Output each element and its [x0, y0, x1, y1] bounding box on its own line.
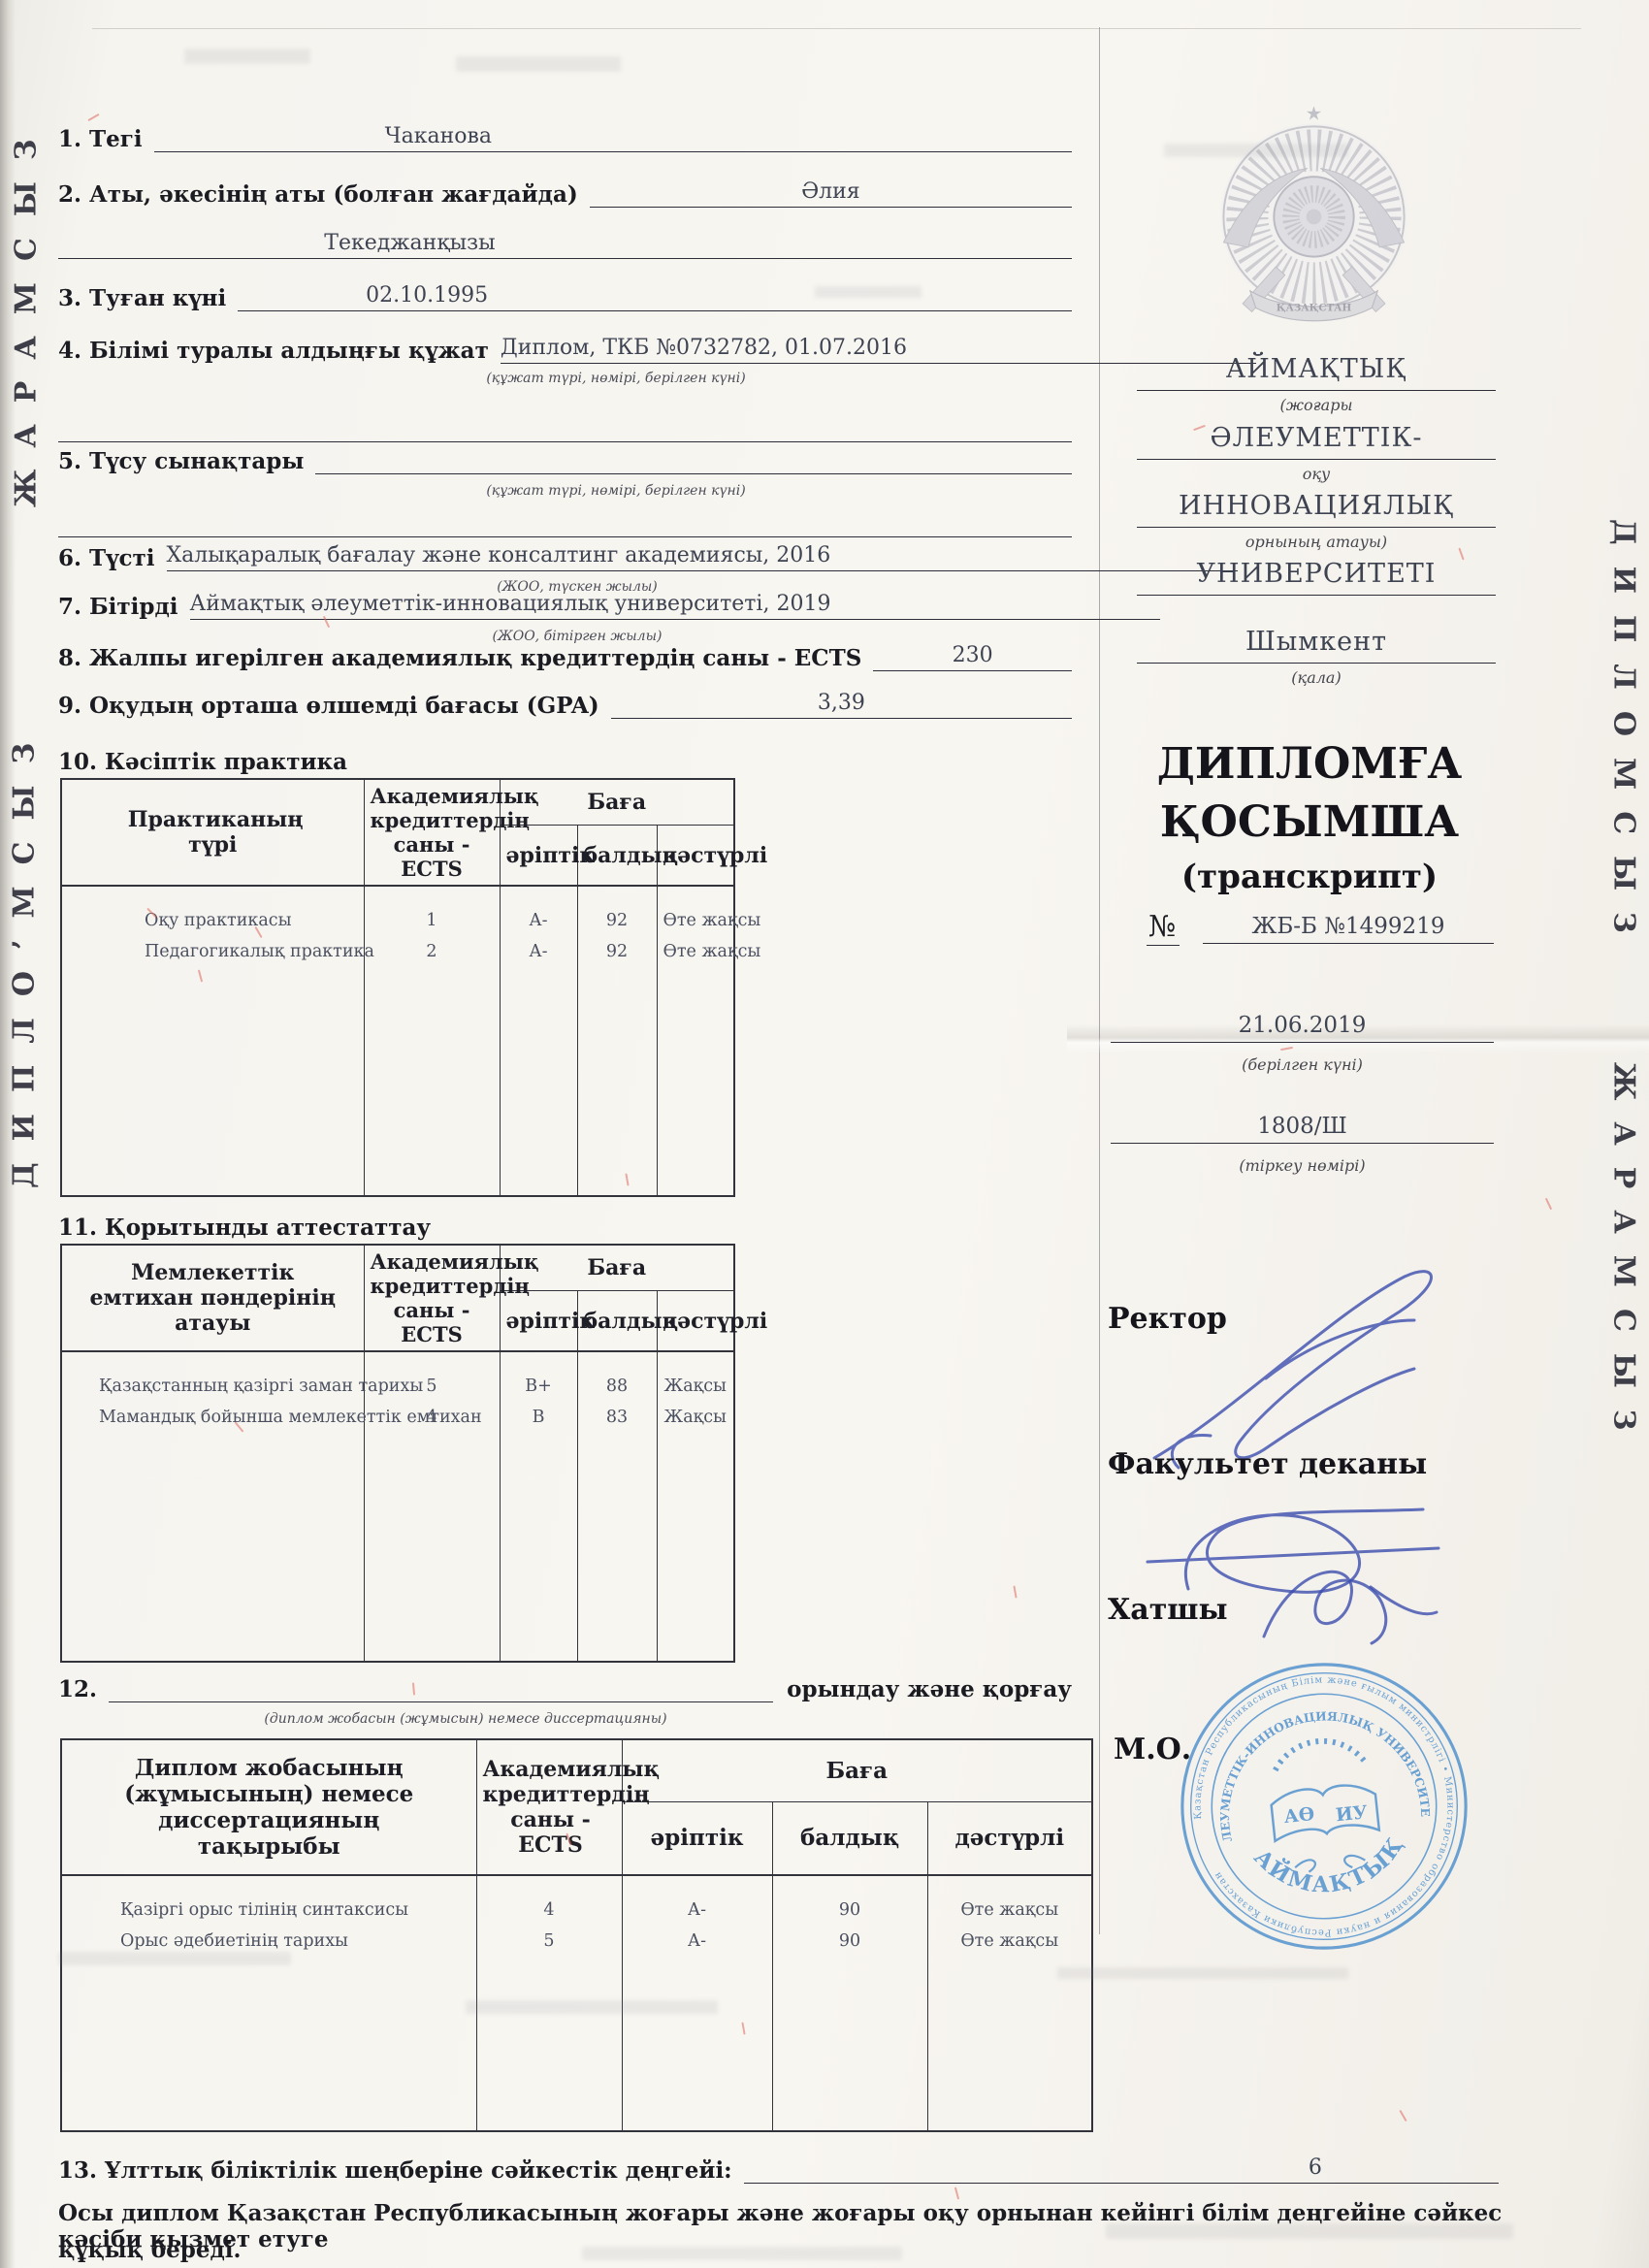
- section-10-heading: 10. Кәсіптік практика: [58, 749, 347, 775]
- bleed-ghost: [582, 2247, 902, 2260]
- table-cell: Өте жақсы: [934, 1895, 1086, 1927]
- stamp-bottom-text: АЙМАҚТЫҚ: [1247, 1830, 1414, 1906]
- field-surname-label: 1. Тегі: [58, 126, 154, 152]
- field-graduated-value: Аймақтық әлеуметтік-инновациялық универс…: [190, 592, 1161, 620]
- table-cell: Өте жақсы: [934, 1927, 1086, 1958]
- column-divider-line: [1099, 27, 1100, 1934]
- bleed-ghost: [1057, 1967, 1348, 1979]
- bleed-ghost: [1164, 144, 1348, 157]
- field-entrance-exams-value: [315, 470, 1072, 474]
- grade-traditional-header: дәстүрлі: [927, 1801, 1092, 1875]
- table-cell: 90: [779, 1895, 921, 1927]
- attestation-credits: 5 4: [364, 1351, 500, 1662]
- table-cell: В+: [506, 1372, 571, 1403]
- attestation-points: 88 83: [577, 1351, 657, 1662]
- issue-date-hint: (берілген күні): [1111, 1055, 1494, 1074]
- field-entrance-exams: 5. Түсу сынақтары: [58, 448, 1072, 474]
- bleed-ghost: [1106, 2223, 1513, 2239]
- field-12-suffix: орындау және қорғау: [773, 1676, 1072, 1702]
- practice-points: 92 92: [577, 886, 657, 1196]
- field-ects-total-label: 8. Жалпы игерілген академиялық кредиттер…: [58, 645, 873, 671]
- field-given-name-label: 2. Аты, әкесінің аты (болған жағдайда): [58, 181, 590, 208]
- diploma-number-value: ЖБ-Б №1499219: [1203, 914, 1494, 944]
- bleed-through-table-top-line: [92, 28, 1581, 29]
- field-ects-total: 8. Жалпы игерілген академиялық кредиттер…: [58, 643, 1072, 671]
- field-surname: 1. Тегі Чаканова: [58, 124, 1072, 152]
- grade-points-header: балдық: [772, 1801, 927, 1875]
- grade-traditional-header: дәстүрлі: [657, 826, 734, 886]
- field-patronymic: Текеджанқызы: [58, 231, 1072, 259]
- field-nqf-level-label: 13. Ұлттық біліктілік шеңберіне сәйкесті…: [58, 2157, 744, 2184]
- stamp-abbr-right: ИУ: [1335, 1802, 1369, 1826]
- field-ects-total-value: 230: [873, 643, 1072, 671]
- table-cell: Өте жақсы: [663, 937, 728, 968]
- field-nqf-level-value: 6: [744, 2155, 1499, 2184]
- university-city-hint: (қала): [1137, 668, 1496, 687]
- section-11-heading: 11. Қорытынды аттестаттау: [58, 1215, 431, 1241]
- table-cell: Жақсы: [663, 1403, 728, 1434]
- registration-number-hint: (тіркеу нөмірі): [1111, 1156, 1494, 1175]
- university-name-line4: УНИВЕРСИТЕТІ: [1137, 559, 1496, 596]
- table-cell: Қазақстанның қазіргі заман тарихы: [99, 1372, 358, 1403]
- table-cell: А-: [629, 1927, 766, 1958]
- university-hint2: оқу: [1137, 465, 1496, 483]
- field-given-name-value: Әлия: [590, 179, 1072, 208]
- table-cell: Жақсы: [663, 1372, 728, 1403]
- credits-header: Академиялық кредиттердің саны - ECTS: [364, 1245, 500, 1351]
- bleed-ghost: [456, 56, 621, 72]
- paper-fiber: [1399, 2110, 1406, 2122]
- field-gpa-label: 9. Оқудың орташа өлшемді бағасы (GPA): [58, 693, 611, 719]
- table-cell: В: [506, 1403, 571, 1434]
- university-hint1: (жоғары: [1137, 396, 1496, 414]
- issue-date-value: 21.06.2019: [1111, 1013, 1494, 1043]
- field-previous-education-hint: (құжат түрі, нөмірі, берілген күні): [456, 371, 776, 386]
- thesis-names: Қазіргі орыс тілінің синтаксисы Орыс әде…: [61, 1875, 476, 2131]
- continuation-line: [58, 536, 1072, 537]
- field-gpa-value: 3,39: [611, 691, 1072, 719]
- university-name-line1: АЙМАҚТЫҚ: [1137, 354, 1496, 391]
- university-round-stamp: Қазақстан Республикасының Білім және ғыл…: [1177, 1659, 1471, 1954]
- attestation-letters: В+ В: [500, 1351, 577, 1662]
- grade-letter-header: әріптік: [500, 1291, 577, 1351]
- paper-fiber: [87, 113, 99, 121]
- field-thesis-defense: 12. орындау және қорғау: [58, 1676, 1072, 1702]
- field-admitted: 6. Түсті Халықаралық бағалау және консал…: [58, 543, 1072, 571]
- table-cell: 2: [371, 937, 494, 968]
- paper-fiber: [954, 2187, 959, 2199]
- thesis-points: 90 90: [772, 1875, 927, 2131]
- doc-title-line2: ҚОСЫМША: [1106, 797, 1513, 847]
- table-cell: 83: [584, 1403, 651, 1434]
- table-cell: 4: [483, 1895, 616, 1927]
- university-hint3: орнының атауы): [1137, 533, 1496, 551]
- svg-text:АЙМАҚТЫҚ: АЙМАҚТЫҚ: [1247, 1830, 1414, 1906]
- thesis-title-header: Диплом жобасының (жұмысының) немесе дисс…: [61, 1739, 476, 1875]
- credits-header: Академиялық кредиттердің саны - ECTS: [364, 779, 500, 886]
- grade-traditional-header: дәстүрлі: [657, 1291, 734, 1351]
- table-cell: 1: [371, 906, 494, 937]
- field-nqf-level: 13. Ұлттық біліктілік шеңберіне сәйкесті…: [58, 2155, 1499, 2184]
- registration-number-value: 1808/Ш: [1111, 1114, 1494, 1144]
- table-cell: А-: [506, 937, 571, 968]
- table-cell: 5: [483, 1927, 616, 1958]
- continuation-line: [58, 441, 1072, 442]
- field-previous-education: 4. Білімі туралы алдыңғы құжат Диплом, Т…: [58, 336, 1072, 364]
- practice-type-header: Практиканың түрі: [61, 779, 364, 886]
- bleed-ghost: [184, 49, 310, 64]
- bleed-ghost: [466, 2000, 718, 2014]
- bleed-ghost: [58, 1952, 291, 1965]
- field-admitted-value: Халықаралық бағалау және консалтинг акад…: [167, 543, 1239, 571]
- field-12-line: [109, 1699, 773, 1702]
- table-cell: 88: [584, 1372, 651, 1403]
- practice-names: Оқу практикасы Педагогикалық практика: [61, 886, 364, 1196]
- table-cell: А-: [629, 1895, 766, 1927]
- doc-title-line3: (транскрипт): [1106, 858, 1513, 896]
- field-given-name: 2. Аты, әкесінің аты (болған жағдайда) Ә…: [58, 179, 1072, 208]
- secretary-label: Хатшы: [1108, 1593, 1228, 1627]
- field-admitted-label: 6. Түсті: [58, 545, 167, 571]
- emblem-star-icon: ★: [1306, 102, 1323, 124]
- table-cell: 92: [584, 937, 651, 968]
- paper-fiber: [1013, 1585, 1017, 1598]
- grade-header: Баға: [622, 1739, 1092, 1801]
- grade-letter-header: әріптік: [622, 1801, 772, 1875]
- university-name-line2: ӘЛЕУМЕТТІК-: [1137, 423, 1496, 460]
- professional-practice-table: Практиканың түрі Академиялық кредиттерді…: [60, 778, 735, 1197]
- stamp-abbr-left: АӨ: [1283, 1804, 1315, 1828]
- thesis-table: Диплом жобасының (жұмысының) немесе дисс…: [60, 1738, 1093, 2132]
- final-attestation-table: Мемлекеттік емтихан пәндерінің атауы Ака…: [60, 1244, 735, 1663]
- state-exam-header: Мемлекеттік емтихан пәндерінің атауы: [61, 1245, 364, 1351]
- table-cell: Оқу практикасы: [145, 906, 358, 937]
- field-patronymic-value: Текеджанқызы: [58, 231, 1072, 259]
- paper-fiber: [1545, 1198, 1552, 1211]
- table-cell: А-: [506, 906, 571, 937]
- practice-traditional: Өте жақсы Өте жақсы: [657, 886, 734, 1196]
- grade-letter-header: әріптік: [500, 826, 577, 886]
- kazakhstan-coat-of-arms: ★ ҚАЗАҚСТАН: [1195, 95, 1433, 333]
- table-cell: 92: [584, 906, 651, 937]
- table-cell: Педагогикалық практика: [145, 937, 358, 968]
- field-birth-date-label: 3. Туған күні: [58, 285, 238, 311]
- doc-title-line1: ДИПЛОМҒА: [1106, 739, 1513, 789]
- thesis-traditional: Өте жақсы Өте жақсы: [927, 1875, 1092, 2131]
- field-graduated-label: 7. Бітірді: [58, 594, 190, 620]
- attestation-names: Қазақстанның қазіргі заман тарихы Маманд…: [61, 1351, 364, 1662]
- field-gpa: 9. Оқудың орташа өлшемді бағасы (GPA) 3,…: [58, 691, 1072, 719]
- bleed-ghost: [815, 286, 921, 298]
- attestation-traditional: Жақсы Жақсы: [657, 1351, 734, 1662]
- table-cell: Өте жақсы: [663, 906, 728, 937]
- field-birth-date-value: 02.10.1995: [238, 283, 1072, 311]
- practice-credits: 1 2: [364, 886, 500, 1196]
- grade-points-header: балдық: [577, 1291, 657, 1351]
- field-graduated: 7. Бітірді Аймақтық әлеуметтік-инновация…: [58, 592, 1072, 620]
- practice-letters: А- А-: [500, 886, 577, 1196]
- table-cell: 90: [779, 1927, 921, 1958]
- credits-header: Академиялық кредиттердің саны - ECTS: [476, 1739, 622, 1875]
- table-cell: Мамандық бойынша мемлекеттік емтихан: [99, 1403, 358, 1434]
- emblem-country-text: ҚАЗАҚСТАН: [1277, 302, 1352, 313]
- grade-points-header: балдық: [577, 826, 657, 886]
- field-entrance-exams-hint: (құжат түрі, нөмірі, берілген күні): [456, 483, 776, 499]
- field-entrance-exams-label: 5. Түсу сынақтары: [58, 448, 315, 474]
- scanned-diploma-supplement-page: ЖАРАМСЫЗ ДИПЛО’МСЫЗ ДИПЛОМСЫЗ ЖАРАМСЫЗ 1…: [0, 0, 1649, 2268]
- rector-signature: [1125, 1220, 1484, 1482]
- table-cell: Қазіргі орыс тілінің синтаксисы: [120, 1895, 470, 1927]
- university-name-line3: ИННОВАЦИЯЛЫҚ: [1137, 491, 1496, 528]
- university-city: Шымкент: [1137, 627, 1496, 664]
- field-12-hint: (диплом жобасын (жұмысын) немесе диссерт…: [233, 1711, 698, 1727]
- field-graduated-hint: (ЖОО, бітірген жылы): [417, 629, 737, 644]
- secretary-signature: [1240, 1535, 1414, 1661]
- number-sign-label: №: [1147, 910, 1180, 946]
- field-12-label: 12.: [58, 1676, 109, 1702]
- field-previous-education-label: 4. Білімі туралы алдыңғы құжат: [58, 338, 501, 364]
- field-surname-value: Чаканова: [154, 124, 1072, 152]
